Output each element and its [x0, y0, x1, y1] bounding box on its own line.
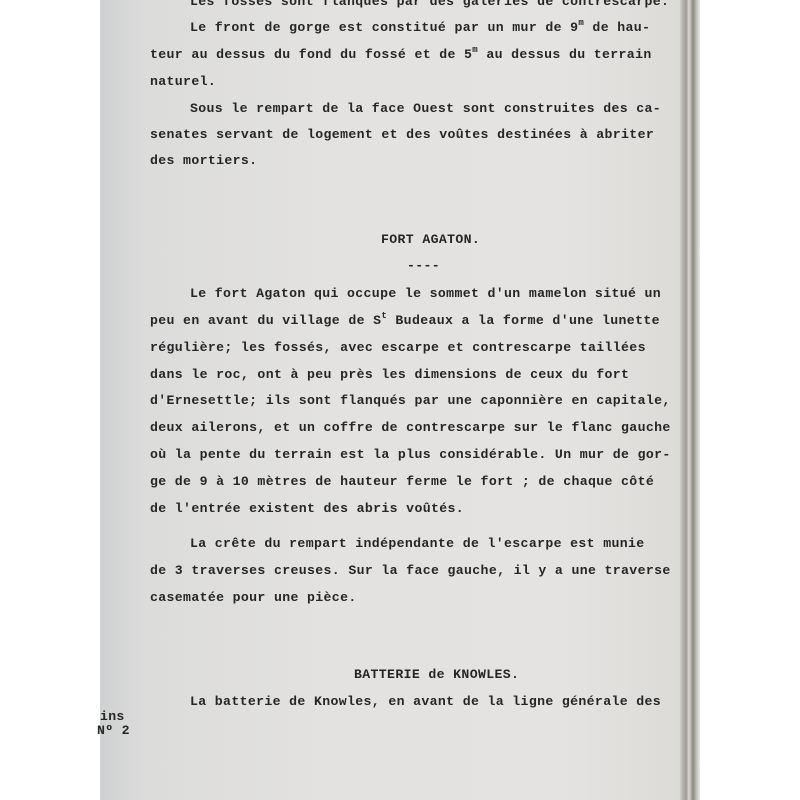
- text-line: des mortiers.: [150, 153, 257, 168]
- text-line: Sous le rempart de la face Ouest sont co…: [190, 101, 661, 116]
- text-line: Le fort Agaton qui occupe le sommet d'un…: [190, 286, 661, 301]
- text-line: dans le roc, ont à peu près les dimensio…: [150, 367, 629, 382]
- text-line: deux ailerons, et un coffre de contresca…: [150, 420, 671, 435]
- text-line: casematée pour une pièce.: [150, 590, 357, 605]
- text-line: de 3 traverses creuses. Sur la face gauc…: [150, 563, 671, 578]
- margin-note: ins: [100, 709, 125, 724]
- text-line: La batterie de Knowles, en avant de la l…: [190, 694, 661, 709]
- text-line: La crête du rempart indépendante de l'es…: [190, 536, 645, 551]
- text-line: Les fossés sont flanqués par des galerie…: [190, 0, 669, 9]
- page-stack-edge: [680, 0, 700, 800]
- text-line: teur au dessus du fond du fossé et de 5m…: [150, 47, 652, 62]
- text-line: d'Ernesettle; ils sont flanqués par une …: [150, 393, 671, 408]
- section-title: FORT AGATON.: [381, 232, 480, 247]
- section-title: BATTERIE de KNOWLES.: [354, 667, 519, 682]
- text-line: Le front de gorge est constitué par un m…: [190, 20, 650, 35]
- text-line: peu en avant du village de St Budeaux a …: [150, 313, 660, 328]
- title-rule: ----: [407, 258, 440, 273]
- margin-note: Nº 2: [97, 723, 130, 738]
- text-line: où la pente du terrain est la plus consi…: [150, 447, 671, 462]
- text-line: régulière; les fossés, avec escarpe et c…: [150, 340, 646, 355]
- text-line: ge de 9 à 10 mètres de hauteur ferme le …: [150, 474, 654, 489]
- text-line: de l'entrée existent des abris voûtés.: [150, 501, 464, 516]
- text-line: senates servant de logement et des voûte…: [150, 127, 654, 142]
- text-line: naturel.: [150, 74, 216, 89]
